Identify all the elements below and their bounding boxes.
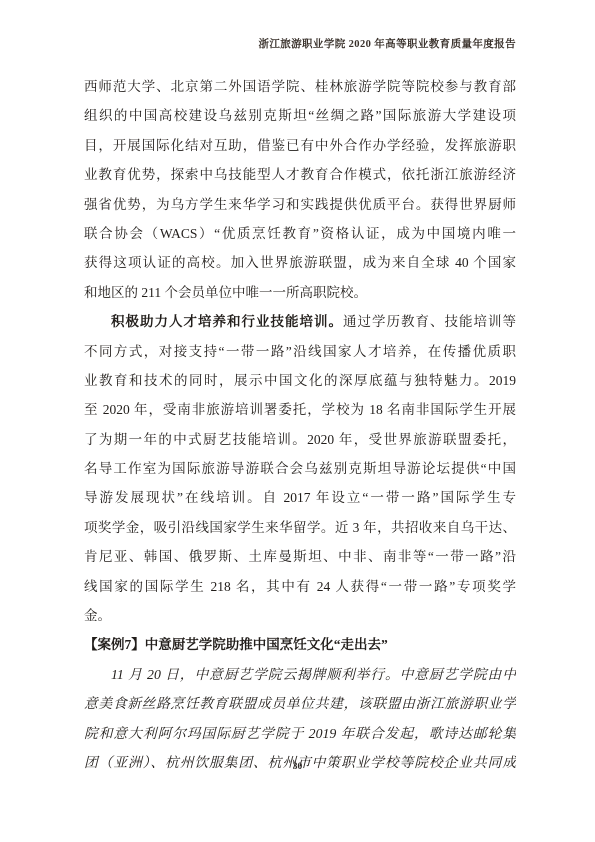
text-run: 获得这项认证的高校。加入世界旅游联盟，成为来自全球 40 个国家	[84, 255, 516, 270]
text-line: 和地区的 211 个会员单位中唯一一所高职院校。	[84, 278, 516, 307]
text-line: 了为期一年的中式厨艺技能培训。2020 年，受世界旅游联盟委托，	[84, 425, 516, 454]
text-run: 导游发展现状”在线培训。自 2017 年设立“一带一路”国际学生专	[84, 490, 516, 505]
text-line: 导游发展现状”在线培训。自 2017 年设立“一带一路”国际学生专	[84, 483, 516, 512]
text-line: 金。	[84, 601, 516, 630]
text-line: 至 2020 年，受南非旅游培训署委托，学校为 18 名南非国际学生开展	[84, 395, 516, 424]
section-heading: 【案例7】中意厨艺学院助推中国烹饪文化“走出去”	[84, 630, 516, 659]
page-number: 30	[0, 762, 595, 772]
text-run: 组织的中国高校建设乌兹别克斯坦“丝绸之路”国际旅游大学建设项	[84, 108, 516, 123]
paragraph: 西师范大学、北京第二外国语学院、桂林旅游学院等院校参与教育部组织的中国高校建设乌…	[84, 72, 516, 307]
text-line: 肯尼亚、韩国、俄罗斯、土库曼斯坦、中非、南非等“一带一路”沿	[84, 542, 516, 571]
text-run: 肯尼亚、韩国、俄罗斯、土库曼斯坦、中非、南非等“一带一路”沿	[84, 549, 516, 564]
text-run: 【案例7】中意厨艺学院助推中国烹饪文化“走出去”	[84, 637, 388, 652]
text-line: 名导工作室为国际旅游导游联合会乌兹别克斯坦导游论坛提供“中国	[84, 454, 516, 483]
paragraph: 积极助力人才培养和行业技能培训。通过学历教育、技能培训等不同方式，对接支持“一带…	[84, 307, 516, 630]
text-run: 院和意大利阿尔玛国际厨艺学院于 2019 年联合发起，歌诗达邮轮集	[84, 726, 516, 741]
text-line: 西师范大学、北京第二外国语学院、桂林旅游学院等院校参与教育部	[84, 72, 516, 101]
text-run: 业教育优势，探索中乌技能型人才教育合作模式，依托浙江旅游经济	[84, 167, 516, 182]
text-run: 西师范大学、北京第二外国语学院、桂林旅游学院等院校参与教育部	[84, 79, 516, 94]
text-run: 线国家的国际学生 218 名，其中有 24 人获得“一带一路”专项奖学	[84, 579, 516, 594]
text-line: 项奖学金，吸引沿线国家学生来华留学。近 3 年，共招收来自乌干达、	[84, 513, 516, 542]
text-run: 项奖学金，吸引沿线国家学生来华留学。近 3 年，共招收来自乌干达、	[84, 520, 516, 535]
text-line: 联合协会（WACS）“优质烹饪教育”资格认证，成为中国境内唯一	[84, 219, 516, 248]
document-body: 西师范大学、北京第二外国语学院、桂林旅游学院等院校参与教育部组织的中国高校建设乌…	[84, 72, 516, 777]
text-line: 业教育和技术的同时，展示中国文化的深厚底蕴与独特魅力。2019	[84, 366, 516, 395]
text-run: 了为期一年的中式厨艺技能培训。2020 年，受世界旅游联盟委托，	[84, 432, 516, 447]
text-line: 意美食新丝路烹饪教育联盟成员单位共建，该联盟由浙江旅游职业学	[84, 689, 516, 718]
text-run: 业教育和技术的同时，展示中国文化的深厚底蕴与独特魅力。2019	[84, 373, 516, 388]
text-run: 通过学历教育、技能培训等	[343, 314, 516, 329]
text-run: 联合协会（WACS）“优质烹饪教育”资格认证，成为中国境内唯一	[84, 226, 516, 241]
text-line: 积极助力人才培养和行业技能培训。通过学历教育、技能培训等	[84, 307, 516, 336]
running-header: 浙江旅游职业学院 2020 年高等职业教育质量年度报告	[80, 36, 516, 51]
text-run: 和地区的 211 个会员单位中唯一一所高职院校。	[84, 285, 367, 300]
text-run: 金。	[84, 608, 111, 623]
text-line: 业教育优势，探索中乌技能型人才教育合作模式，依托浙江旅游经济	[84, 160, 516, 189]
text-run: 11 月 20 日，中意厨艺学院云揭牌顺利举行。中意厨艺学院由中	[111, 667, 516, 682]
text-run: 积极助力人才培养和行业技能培训。	[111, 314, 343, 329]
text-line: 组织的中国高校建设乌兹别克斯坦“丝绸之路”国际旅游大学建设项	[84, 101, 516, 130]
text-line: 线国家的国际学生 218 名，其中有 24 人获得“一带一路”专项奖学	[84, 572, 516, 601]
text-line: 获得这项认证的高校。加入世界旅游联盟，成为来自全球 40 个国家	[84, 248, 516, 277]
text-run: 强省优势，为乌方学生来华学习和实践提供优质平台。获得世界厨师	[84, 197, 516, 212]
paragraph: 11 月 20 日，中意厨艺学院云揭牌顺利举行。中意厨艺学院由中意美食新丝路烹饪…	[84, 660, 516, 778]
text-run: 目，开展国际化结对互助，借鉴已有中外合作办学经验，发挥旅游职	[84, 138, 516, 153]
text-run: 名导工作室为国际旅游导游联合会乌兹别克斯坦导游论坛提供“中国	[84, 461, 516, 476]
text-run: 至 2020 年，受南非旅游培训署委托，学校为 18 名南非国际学生开展	[84, 402, 516, 417]
text-line: 院和意大利阿尔玛国际厨艺学院于 2019 年联合发起，歌诗达邮轮集	[84, 719, 516, 748]
text-line: 不同方式，对接支持“一带一路”沿线国家人才培养，在传播优质职	[84, 337, 516, 366]
text-line: 【案例7】中意厨艺学院助推中国烹饪文化“走出去”	[84, 630, 516, 659]
text-line: 目，开展国际化结对互助，借鉴已有中外合作办学经验，发挥旅游职	[84, 131, 516, 160]
text-run: 不同方式，对接支持“一带一路”沿线国家人才培养，在传播优质职	[84, 344, 516, 359]
text-run: 意美食新丝路烹饪教育联盟成员单位共建，该联盟由浙江旅游职业学	[84, 696, 516, 711]
text-line: 强省优势，为乌方学生来华学习和实践提供优质平台。获得世界厨师	[84, 190, 516, 219]
text-line: 11 月 20 日，中意厨艺学院云揭牌顺利举行。中意厨艺学院由中	[84, 660, 516, 689]
document-page: 浙江旅游职业学院 2020 年高等职业教育质量年度报告 西师范大学、北京第二外国…	[0, 0, 595, 842]
